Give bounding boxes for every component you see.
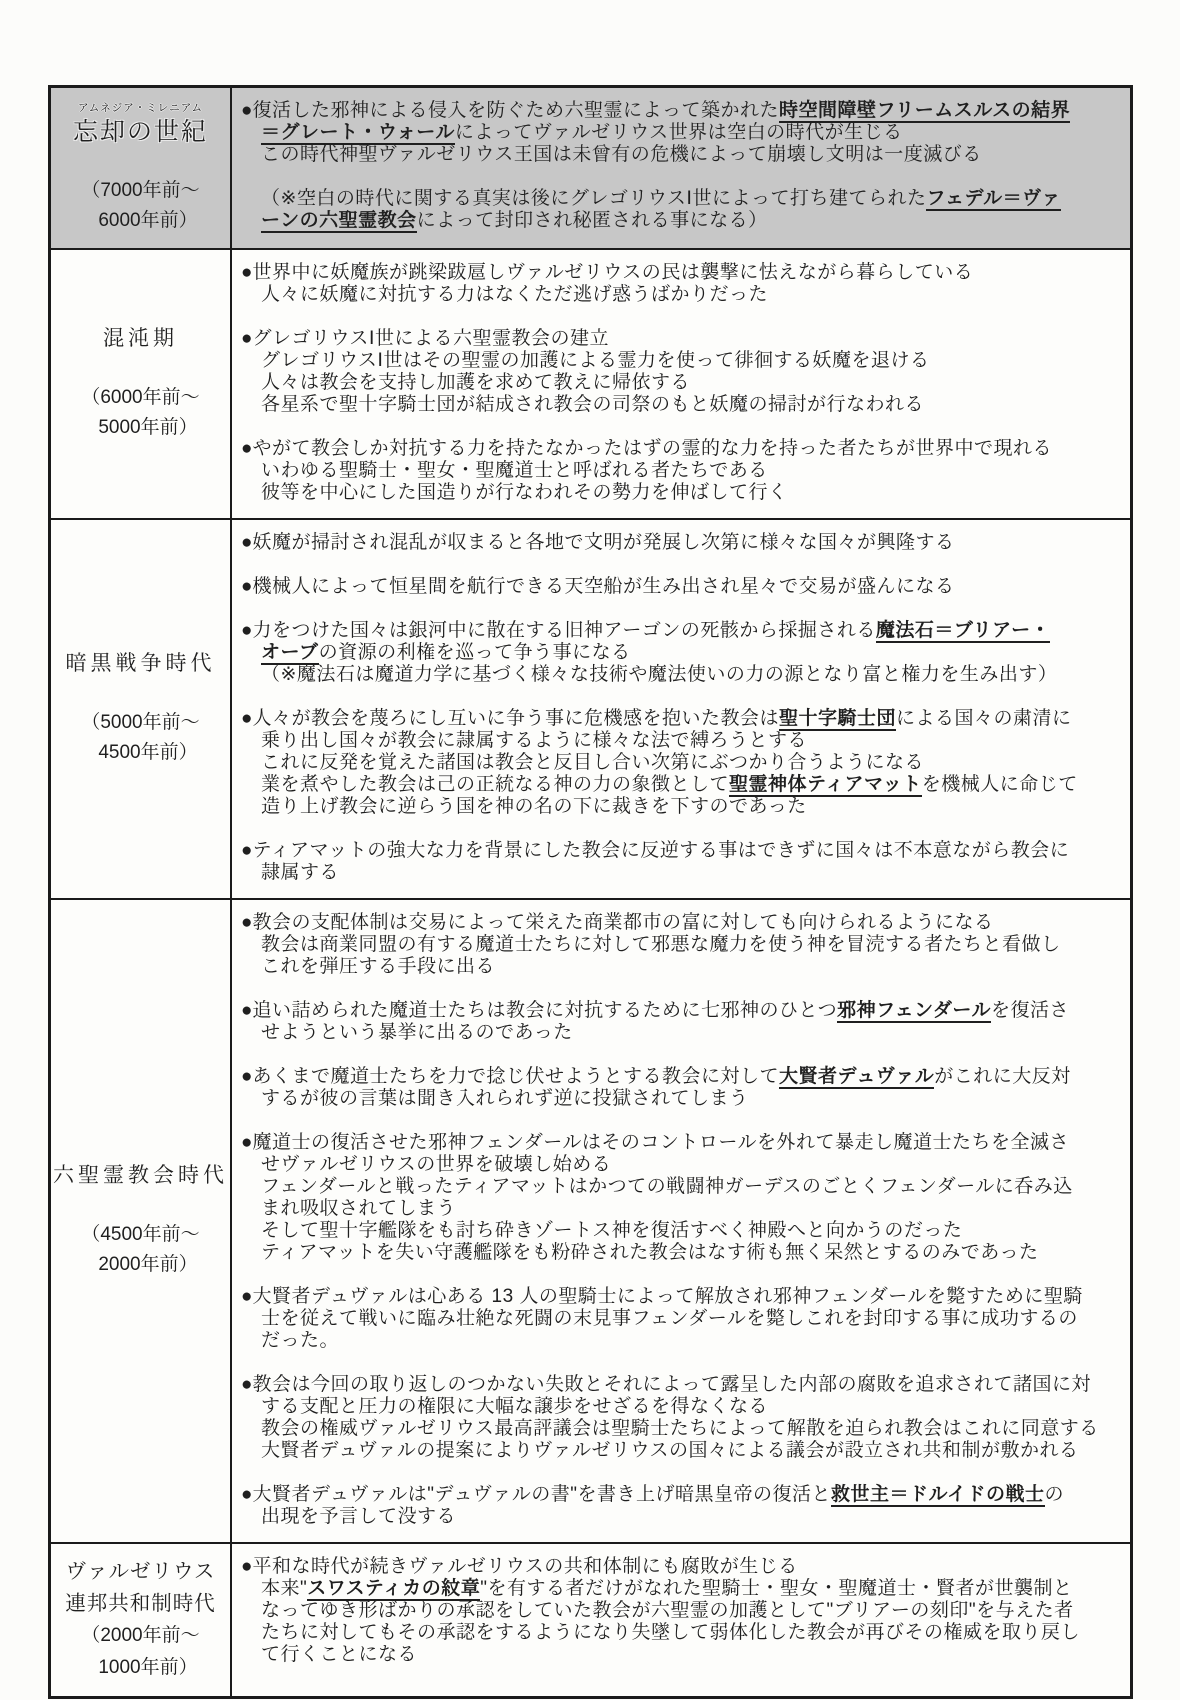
- text-segment: するが彼の言葉は聞き入れられず逆に投獄されてしまう: [261, 1088, 749, 1109]
- text-line: ●復活した邪神による侵入を防ぐため六聖霊によって築かれた時空間障壁フリームスルス…: [261, 100, 1124, 122]
- timeline-entry: ●教会は今回の取り返しのつかない失敗とそれによって露呈した内部の腐敗を追求されて…: [241, 1374, 1124, 1462]
- emphasized-term: 邪神フェンダール: [837, 1000, 991, 1023]
- era-row: 六聖霊教会時代（4500年前～2000年前）●教会の支配体制は交易によって栄えた…: [51, 898, 1130, 1542]
- text-segment: する支配と圧力の権限に大幅な譲歩をせざるを得なくなる: [261, 1396, 768, 1417]
- text-line: ●教会は今回の取り返しのつかない失敗とそれによって露呈した内部の腐敗を追求されて…: [261, 1374, 1124, 1396]
- emphasized-term: 聖霊神体ティアマット: [729, 774, 922, 797]
- emphasized-term: フェデル＝ヴァ: [926, 188, 1060, 211]
- text-line: 隷属する: [261, 862, 1124, 884]
- timeline-entry: ●大賢者デュヴァルは心ある 13 人の聖騎士によって解放され邪神フェンダールを斃…: [241, 1286, 1124, 1352]
- era-title-line: 暗黒戦争時代: [66, 650, 216, 678]
- era-years-line: （4500年前～: [81, 1220, 199, 1250]
- scanned-page: アムネジア・ミレニアム忘却の世紀（7000年前～6000年前）●復活した邪神によ…: [0, 0, 1180, 1700]
- era-title: 六聖霊教会時代: [53, 1162, 228, 1190]
- text-segment: 人々が教会を蔑ろにし互いに争う事に危機感を抱いた教会は: [252, 708, 779, 729]
- era-years-line: 6000年前）: [81, 206, 199, 236]
- era-row: 暗黒戦争時代（5000年前～4500年前）●妖魔が掃討され混乱が収まると各地で文…: [51, 518, 1130, 898]
- text-segment: この時代神聖ヴァルゼリウス王国は未曾有の危機によって崩壊し文明は一度滅びる: [261, 144, 982, 165]
- text-line: 乗り出し国々が教会に隷属するように様々な法で縛ろうとする: [261, 730, 1124, 752]
- text-line: なってゆき形ばかりの承認をしていた教会が六聖霊の加護として"ブリアーの刻印"を与…: [261, 1600, 1124, 1622]
- text-line: オーブの資源の利権を巡って争う事になる: [261, 642, 1124, 664]
- text-line: せようという暴挙に出るのであった: [261, 1022, 1124, 1044]
- era-title-line: 六聖霊教会時代: [53, 1162, 228, 1190]
- timeline-entry: ●力をつけた国々は銀河中に散在する旧神アーゴンの死骸から採掘される魔法石＝ブリア…: [241, 620, 1124, 686]
- text-line: ーンの六聖霊教会によって封印され秘匿される事になる）: [261, 210, 1124, 232]
- timeline-entry: ●やがて教会しか対抗する力を持たなかったはずの霊的な力を持った者たちが世界中で現…: [241, 438, 1124, 504]
- text-segment: グレゴリウスⅠ世はその聖霊の加護による霊力を使って徘徊する妖魔を退ける: [261, 350, 930, 371]
- bullet-marker: ●: [241, 708, 252, 729]
- era-title: 暗黒戦争時代: [66, 650, 216, 678]
- timeline-entry: ●妖魔が掃討され混乱が収まると各地で文明が発展し次第に様々な国々が興隆する: [241, 532, 1124, 554]
- text-line: 彼等を中心にした国造りが行なわれその勢力を伸ばして行く: [261, 482, 1124, 504]
- text-line: グレゴリウスⅠ世はその聖霊の加護による霊力を使って徘徊する妖魔を退ける: [261, 350, 1124, 372]
- era-content: ●世界中に妖魔族が跳梁跋扈しヴァルゼリウスの民は襲撃に怯えながら暮らしている人々…: [232, 250, 1130, 518]
- bullet-marker: ●: [241, 328, 252, 349]
- text-segment: て行くことになる: [261, 1644, 417, 1665]
- text-line: （※魔法石は魔道力学に基づく様々な技術や魔法使いの力の源となり富と権力を生み出す…: [261, 664, 1124, 686]
- era-years-line: 1000年前）: [81, 1652, 199, 1684]
- text-segment: 魔道士の復活させた邪神フェンダールはそのコントロールを外れて暴走し魔道士たちを全…: [252, 1132, 1069, 1153]
- text-line: ●あくまで魔道士たちを力で捻じ伏せようとする教会に対して大賢者デュヴァルがこれに…: [261, 1066, 1124, 1088]
- text-segment: の資源の利権を巡って争う事になる: [319, 642, 631, 663]
- text-segment: 本来": [261, 1578, 307, 1599]
- timeline-entry: ●グレゴリウスⅠ世による六聖霊教会の建立グレゴリウスⅠ世はその聖霊の加護による霊…: [241, 328, 1124, 416]
- bullet-marker: ●: [241, 1132, 252, 1153]
- bullet-marker: ●: [241, 1286, 252, 1307]
- text-line: いわゆる聖騎士・聖女・聖魔道士と呼ばれる者たちである: [261, 460, 1124, 482]
- text-line: 大賢者デュヴァルの提案によりヴァルゼリウスの国々による議会が設立され共和制が敷か…: [261, 1440, 1124, 1462]
- text-segment: これを弾圧する手段に出る: [261, 956, 495, 977]
- emphasized-term: 時空間障壁フリームスルスの結界: [779, 100, 1070, 123]
- emphasized-term: ＝グレート・ウォール: [261, 122, 455, 145]
- timeline-entry: ●大賢者デュヴァルは"デュヴァルの書"を書き上げ暗黒皇帝の復活と救世主＝ドルイド…: [241, 1484, 1124, 1528]
- timeline-entry: ●人々が教会を蔑ろにし互いに争う事に危機感を抱いた教会は聖十字騎士団による国々の…: [241, 708, 1124, 818]
- era-years-line: （7000年前～: [81, 176, 199, 206]
- emphasized-term: 聖十字騎士団: [779, 708, 896, 731]
- era-years-line: （6000年前～: [81, 383, 199, 413]
- emphasized-term: 魔法石＝ブリアー・: [876, 620, 1050, 643]
- text-line: ●教会の支配体制は交易によって栄えた商業都市の富に対しても向けられるようになる: [261, 912, 1124, 934]
- era-content: ●妖魔が掃討され混乱が収まると各地で文明が発展し次第に様々な国々が興隆する●機械…: [232, 520, 1130, 898]
- text-segment: 世界中に妖魔族が跳梁跋扈しヴァルゼリウスの民は襲撃に怯えながら暮らしている: [252, 262, 973, 283]
- text-segment: フェンダールと戦ったティアマットはかつての戦闘神ガーデスのごとくフェンダールに呑…: [261, 1176, 1073, 1197]
- text-segment: を機械人に命じて: [922, 774, 1078, 795]
- text-line: そして聖十字艦隊をも討ち砕きゾートス神を復活すべく神殿へと向かうのだった: [261, 1220, 1124, 1242]
- text-segment: による国々の粛清に: [896, 708, 1072, 729]
- text-line: 造り上げ教会に逆らう国を神の名の下に裁きを下すのであった: [261, 796, 1124, 818]
- text-segment: グレゴリウスⅠ世による六聖霊教会の建立: [252, 328, 609, 349]
- era-header: 六聖霊教会時代（4500年前～2000年前）: [51, 900, 232, 1542]
- text-line: これを弾圧する手段に出る: [261, 956, 1124, 978]
- bullet-marker: ●: [241, 1484, 252, 1505]
- text-line: せヴァルゼリウスの世界を破壊し始める: [261, 1154, 1124, 1176]
- text-segment: 造り上げ教会に逆らう国を神の名の下に裁きを下すのであった: [261, 796, 807, 817]
- text-line: ＝グレート・ウォールによってヴァルゼリウス世界は空白の時代が生じる: [261, 122, 1124, 144]
- text-line: 業を煮やした教会は己の正統なる神の力の象徴として聖霊神体ティアマットを機械人に命…: [261, 774, 1124, 796]
- text-line: ●平和な時代が続きヴァルゼリウスの共和体制にも腐敗が生じる: [261, 1556, 1124, 1578]
- text-line: まれ吸収されてしまう: [261, 1198, 1124, 1220]
- text-line: この時代神聖ヴァルゼリウス王国は未曾有の危機によって崩壊し文明は一度滅びる: [261, 144, 1124, 166]
- text-segment: 大賢者デュヴァルの提案によりヴァルゼリウスの国々による議会が設立され共和制が敷か…: [261, 1440, 1078, 1461]
- text-line: 人々は教会を支持し加護を求めて教えに帰依する: [261, 372, 1124, 394]
- era-content: ●平和な時代が続きヴァルゼリウスの共和体制にも腐敗が生じる本来"スワスティカの紋…: [232, 1544, 1130, 1696]
- text-line: 人々に妖魔に対抗する力はなくただ逃げ惑うばかりだった: [261, 284, 1124, 306]
- text-segment: なってゆき形ばかりの承認をしていた教会が六聖霊の加護として"ブリアーの刻印"を与…: [261, 1600, 1074, 1621]
- text-line: ●妖魔が掃討され混乱が収まると各地で文明が発展し次第に様々な国々が興隆する: [261, 532, 1124, 554]
- text-segment: たちに対してもその承認をするようになり失墜して弱体化した教会が再びその権威を取り…: [261, 1622, 1080, 1643]
- era-content: ●教会の支配体制は交易によって栄えた商業都市の富に対しても向けられるようになる教…: [232, 900, 1130, 1542]
- text-segment: （※空白の時代に関する真実は後にグレゴリウスⅠ世によって打ち建てられた: [261, 188, 926, 209]
- timeline-entry: ●魔道士の復活させた邪神フェンダールはそのコントロールを外れて暴走し魔道士たちを…: [241, 1132, 1124, 1264]
- era-title: 忘却の世紀: [73, 118, 208, 146]
- timeline-entry: ●ティアマットの強大な力を背景にした教会に反逆する事はできずに国々は不本意ながら…: [241, 840, 1124, 884]
- text-line: ●大賢者デュヴァルは"デュヴァルの書"を書き上げ暗黒皇帝の復活と救世主＝ドルイド…: [261, 1484, 1124, 1506]
- text-line: ティアマットを失い守護艦隊をも粉砕された教会はなす術も無く呆然とするのみであった: [261, 1242, 1124, 1264]
- text-line: たちに対してもその承認をするようになり失墜して弱体化した教会が再びその権威を取り…: [261, 1622, 1124, 1644]
- text-segment: そして聖十字艦隊をも討ち砕きゾートス神を復活すべく神殿へと向かうのだった: [261, 1220, 962, 1241]
- text-segment: の: [1045, 1484, 1065, 1505]
- era-years: （6000年前～5000年前）: [81, 383, 199, 443]
- text-segment: 業を煮やした教会は己の正統なる神の力の象徴として: [261, 774, 729, 795]
- era-years: （5000年前～4500年前）: [81, 708, 199, 768]
- text-segment: あくまで魔道士たちを力で捻じ伏せようとする教会に対して: [252, 1066, 779, 1087]
- text-segment: 教会の権威ヴァルゼリウス最高評議会は聖騎士たちによって解散を迫られ教会はこれに同…: [261, 1418, 1099, 1439]
- era-years-line: 5000年前）: [81, 413, 199, 443]
- text-line: 各星系で聖十字騎士団が結成され教会の司祭のもと妖魔の掃討が行なわれる: [261, 394, 1124, 416]
- era-title-line: 混沌期: [103, 325, 178, 353]
- text-segment: 平和な時代が続きヴァルゼリウスの共和体制にも腐敗が生じる: [252, 1556, 797, 1577]
- timeline-entry: ●世界中に妖魔族が跳梁跋扈しヴァルゼリウスの民は襲撃に怯えながら暮らしている人々…: [241, 262, 1124, 306]
- text-segment: 力をつけた国々は銀河中に散在する旧神アーゴンの死骸から採掘される: [252, 620, 875, 641]
- timeline-entry: ●平和な時代が続きヴァルゼリウスの共和体制にも腐敗が生じる本来"スワスティカの紋…: [241, 1556, 1124, 1666]
- timeline-entry: ●教会の支配体制は交易によって栄えた商業都市の富に対しても向けられるようになる教…: [241, 912, 1124, 978]
- era-years-line: 4500年前）: [81, 738, 199, 768]
- text-line: する支配と圧力の権限に大幅な譲歩をせざるを得なくなる: [261, 1396, 1124, 1418]
- bullet-marker: ●: [241, 532, 252, 553]
- text-segment: 大賢者デュヴァルは"デュヴァルの書"を書き上げ暗黒皇帝の復活と: [252, 1484, 830, 1505]
- text-line: て行くことになる: [261, 1644, 1124, 1666]
- bullet-marker: ●: [241, 438, 252, 459]
- era-row: ヴァルゼリウス連邦共和制時代（2000年前～1000年前）●平和な時代が続きヴァ…: [51, 1542, 1130, 1696]
- text-segment: せヴァルゼリウスの世界を破壊し始める: [261, 1154, 611, 1175]
- text-line: 教会の権威ヴァルゼリウス最高評議会は聖騎士たちによって解散を迫られ教会はこれに同…: [261, 1418, 1124, 1440]
- text-line: 本来"スワスティカの紋章"を有する者だけがなれた聖騎士・聖女・聖魔道士・賢者が世…: [261, 1578, 1124, 1600]
- era-title-line: 忘却の世紀: [73, 118, 208, 146]
- text-segment: によってヴァルゼリウス世界は空白の時代が生じる: [455, 122, 903, 143]
- text-line: 士を従えて戦いに臨み壮絶な死闘の末見事フェンダールを斃しこれを封印する事に成功す…: [261, 1308, 1124, 1330]
- text-line: ●魔道士の復活させた邪神フェンダールはそのコントロールを外れて暴走し魔道士たちを…: [261, 1132, 1124, 1154]
- text-segment: ティアマットの強大な力を背景にした教会に反逆する事はできずに国々は不本意ながら教…: [252, 840, 1069, 861]
- text-segment: ティアマットを失い守護艦隊をも粉砕された教会はなす術も無く呆然とするのみであった: [261, 1242, 1039, 1263]
- text-line: フェンダールと戦ったティアマットはかつての戦闘神ガーデスのごとくフェンダールに呑…: [261, 1176, 1124, 1198]
- bullet-marker: ●: [241, 1556, 252, 1577]
- bullet-marker: ●: [241, 100, 252, 121]
- bullet-marker: ●: [241, 1000, 252, 1021]
- text-segment: 復活した邪神による侵入を防ぐため六聖霊によって築かれた: [252, 100, 779, 121]
- bullet-marker: ●: [241, 262, 252, 283]
- emphasized-term: 大賢者デュヴァル: [779, 1066, 934, 1089]
- text-line: 教会は商業同盟の有する魔道士たちに対して邪悪な魔力を使う神を冒涜する者たちと看做…: [261, 934, 1124, 956]
- bullet-marker: ●: [241, 912, 252, 933]
- text-segment: これに反発を覚えた諸国は教会と反目し合い次第にぶつかり合うようになる: [261, 752, 924, 773]
- text-line: ●力をつけた国々は銀河中に散在する旧神アーゴンの死骸から採掘される魔法石＝ブリア…: [261, 620, 1124, 642]
- era-years-line: 2000年前）: [81, 1250, 199, 1280]
- bullet-marker: ●: [241, 576, 252, 597]
- text-line: これに反発を覚えた諸国は教会と反目し合い次第にぶつかり合うようになる: [261, 752, 1124, 774]
- text-segment: 乗り出し国々が教会に隷属するように様々な法で縛ろうとする: [261, 730, 807, 751]
- era-years: （7000年前～6000年前）: [81, 176, 199, 236]
- text-line: ●世界中に妖魔族が跳梁跋扈しヴァルゼリウスの民は襲撃に怯えながら暮らしている: [261, 262, 1124, 284]
- emphasized-term: ーンの六聖霊教会: [261, 210, 417, 233]
- era-years: （2000年前～1000年前）: [81, 1620, 199, 1684]
- bullet-marker: ●: [241, 620, 252, 641]
- era-title-line: 連邦共和制時代: [65, 1588, 216, 1620]
- text-segment: 教会は今回の取り返しのつかない失敗とそれによって露呈した内部の腐敗を追求されて諸…: [252, 1374, 1091, 1395]
- timeline-entry: ●あくまで魔道士たちを力で捻じ伏せようとする教会に対して大賢者デュヴァルがこれに…: [241, 1066, 1124, 1110]
- text-segment: 士を従えて戦いに臨み壮絶な死闘の末見事フェンダールを斃しこれを封印する事に成功す…: [261, 1308, 1078, 1329]
- text-segment: （※魔法石は魔道力学に基づく様々な技術や魔法使いの力の源となり富と権力を生み出す…: [261, 664, 1057, 685]
- timeline-entry: （※空白の時代に関する真実は後にグレゴリウスⅠ世によって打ち建てられたフェデル＝…: [241, 188, 1124, 232]
- era-row: 混沌期（6000年前～5000年前）●世界中に妖魔族が跳梁跋扈しヴァルゼリウスの…: [51, 248, 1130, 518]
- text-line: ●グレゴリウスⅠ世による六聖霊教会の建立: [261, 328, 1124, 350]
- text-segment: によって封印され秘匿される事になる）: [417, 210, 768, 231]
- era-header: ヴァルゼリウス連邦共和制時代（2000年前～1000年前）: [51, 1544, 232, 1696]
- text-segment: 人々に妖魔に対抗する力はなくただ逃げ惑うばかりだった: [261, 284, 768, 305]
- emphasized-term: オーブ: [261, 642, 319, 665]
- bullet-marker: ●: [241, 840, 252, 861]
- text-line: するが彼の言葉は聞き入れられず逆に投獄されてしまう: [261, 1088, 1124, 1110]
- emphasized-term: 救世主＝ドルイドの戦士: [831, 1484, 1045, 1507]
- text-segment: 教会は商業同盟の有する魔道士たちに対して邪悪な魔力を使う神を冒涜する者たちと看做…: [261, 934, 1061, 955]
- era-header: 暗黒戦争時代（5000年前～4500年前）: [51, 520, 232, 898]
- text-segment: いわゆる聖騎士・聖女・聖魔道士と呼ばれる者たちである: [261, 460, 768, 481]
- era-title-line: ヴァルゼリウス: [65, 1556, 216, 1588]
- text-line: ●ティアマットの強大な力を背景にした教会に反逆する事はできずに国々は不本意ながら…: [261, 840, 1124, 862]
- text-line: ●機械人によって恒星間を航行できる天空船が生み出され星々で交易が盛んになる: [261, 576, 1124, 598]
- era-years-line: （2000年前～: [81, 1620, 199, 1652]
- era-years-line: （5000年前～: [81, 708, 199, 738]
- text-segment: 追い詰められた魔道士たちは教会に対抗するために七邪神のひとつ: [252, 1000, 837, 1021]
- era-ruby: アムネジア・ミレニアム: [78, 100, 203, 115]
- text-line: 出現を予言して没する: [261, 1506, 1124, 1528]
- era-header: 混沌期（6000年前～5000年前）: [51, 250, 232, 518]
- timeline-entry: ●復活した邪神による侵入を防ぐため六聖霊によって築かれた時空間障壁フリームスルス…: [241, 100, 1124, 166]
- era-title: 混沌期: [103, 325, 178, 353]
- timeline-entry: ●機械人によって恒星間を航行できる天空船が生み出され星々で交易が盛んになる: [241, 576, 1124, 598]
- text-segment: 隷属する: [261, 862, 339, 883]
- text-segment: せようという暴挙に出るのであった: [261, 1022, 573, 1043]
- era-header: アムネジア・ミレニアム忘却の世紀（7000年前～6000年前）: [51, 88, 232, 248]
- era-row: アムネジア・ミレニアム忘却の世紀（7000年前～6000年前）●復活した邪神によ…: [51, 88, 1130, 248]
- era-years: （4500年前～2000年前）: [81, 1220, 199, 1280]
- era-title: ヴァルゼリウス連邦共和制時代: [65, 1556, 216, 1620]
- text-segment: 妖魔が掃討され混乱が収まると各地で文明が発展し次第に様々な国々が興隆する: [252, 532, 954, 553]
- text-segment: がこれに大反対: [934, 1066, 1071, 1087]
- text-segment: 教会の支配体制は交易によって栄えた商業都市の富に対しても向けられるようになる: [252, 912, 993, 933]
- text-segment: 彼等を中心にした国造りが行なわれその勢力を伸ばして行く: [261, 482, 788, 503]
- text-segment: 出現を予言して没する: [261, 1506, 456, 1527]
- timeline-table: アムネジア・ミレニアム忘却の世紀（7000年前～6000年前）●復活した邪神によ…: [48, 85, 1133, 1699]
- era-content: ●復活した邪神による侵入を防ぐため六聖霊によって築かれた時空間障壁フリームスルス…: [232, 88, 1130, 248]
- text-segment: 各星系で聖十字騎士団が結成され教会の司祭のもと妖魔の掃討が行なわれる: [261, 394, 924, 415]
- timeline-entry: ●追い詰められた魔道士たちは教会に対抗するために七邪神のひとつ邪神フェンダールを…: [241, 1000, 1124, 1044]
- bullet-marker: ●: [241, 1066, 252, 1087]
- text-segment: だった。: [261, 1330, 339, 1351]
- emphasized-term: スワスティカの紋章: [307, 1578, 480, 1601]
- text-segment: やがて教会しか対抗する力を持たなかったはずの霊的な力を持った者たちが世界中で現れ…: [252, 438, 1052, 459]
- text-segment: 人々は教会を支持し加護を求めて教えに帰依する: [261, 372, 690, 393]
- text-line: だった。: [261, 1330, 1124, 1352]
- text-line: （※空白の時代に関する真実は後にグレゴリウスⅠ世によって打ち建てられたフェデル＝…: [261, 188, 1124, 210]
- text-line: ●やがて教会しか対抗する力を持たなかったはずの霊的な力を持った者たちが世界中で現…: [261, 438, 1124, 460]
- text-line: ●大賢者デュヴァルは心ある 13 人の聖騎士によって解放され邪神フェンダールを斃…: [261, 1286, 1124, 1308]
- text-segment: を復活さ: [991, 1000, 1069, 1021]
- text-segment: 機械人によって恒星間を航行できる天空船が生み出され星々で交易が盛んになる: [252, 576, 954, 597]
- bullet-marker: ●: [241, 1374, 252, 1395]
- text-line: ●追い詰められた魔道士たちは教会に対抗するために七邪神のひとつ邪神フェンダールを…: [261, 1000, 1124, 1022]
- text-segment: まれ吸収されてしまう: [261, 1198, 456, 1219]
- text-segment: "を有する者だけがなれた聖騎士・聖女・聖魔道士・賢者が世襲制と: [480, 1578, 1072, 1599]
- text-segment: 大賢者デュヴァルは心ある 13 人の聖騎士によって解放され邪神フェンダールを斃す…: [252, 1286, 1082, 1307]
- text-line: ●人々が教会を蔑ろにし互いに争う事に危機感を抱いた教会は聖十字騎士団による国々の…: [261, 708, 1124, 730]
